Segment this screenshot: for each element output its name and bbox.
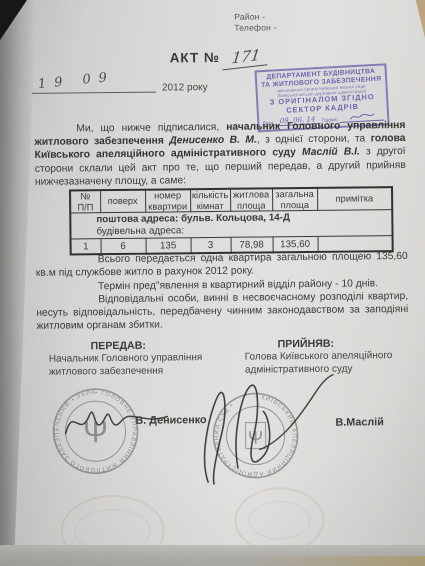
district-label: Район - xyxy=(234,11,276,22)
col-header-note: примітка xyxy=(317,187,392,210)
act-title-label: АКТ № xyxy=(170,50,221,66)
intro-s4: , з однієї сторони, та xyxy=(257,134,371,146)
responsibility-paragraph: Відповідальні особи, винні в несвоєчасно… xyxy=(36,290,408,334)
col-header-rooms: кількість кімнат xyxy=(190,189,230,212)
date-day-month-handwritten: 19 09 xyxy=(37,70,115,92)
address-row: поштова адреса: бульв. Кольцова, 14-Д бу… xyxy=(70,210,392,239)
date-underline xyxy=(32,92,156,94)
accepted-heading: ПРИЙНЯВ: xyxy=(278,338,334,351)
header-block: Район - Телефон - xyxy=(234,11,276,33)
col-total-line2: площа xyxy=(273,199,317,210)
act-number-handwritten: 171 xyxy=(223,45,270,71)
col-rooms-line2: кімнат xyxy=(191,200,230,211)
construction-address-label: будівельна адреса: xyxy=(96,223,389,238)
col-header-total-area: загальна площа xyxy=(272,188,317,211)
col-living-line2: площа xyxy=(231,200,272,211)
intro-paragraph: Ми, що нижче підписалися, начальник Голо… xyxy=(34,119,406,189)
intro-name-1: Денисенко В. М. xyxy=(169,135,257,147)
intro-s1: Ми, що нижче підписалися, xyxy=(76,122,226,135)
apartment-table: № П/П поверх номер квартири кількість кі… xyxy=(69,186,394,256)
col-total-line1: загальна xyxy=(273,189,317,200)
col-living-line1: житлова xyxy=(231,189,272,200)
bleedthrough-seal-right xyxy=(234,487,325,554)
act-title-row: АКТ №171 xyxy=(170,47,269,68)
col-npp-line2: П/П xyxy=(71,202,100,213)
right-signature-icon xyxy=(189,371,350,491)
postal-address-value: бульв. Кольцова, 14-Д xyxy=(181,212,290,224)
col-header-npp: № П/П xyxy=(70,190,100,213)
total-paragraph: Всього передається одна квартира загальн… xyxy=(36,250,408,280)
address-cell: поштова адреса: бульв. Кольцова, 14-Д бу… xyxy=(70,210,392,239)
table-header-row: № П/П поверх номер квартири кількість кі… xyxy=(70,187,392,213)
right-signer-name: В.Маслій xyxy=(335,416,384,429)
act-document: Район - Телефон - АКТ №171 19 09 2012 ро… xyxy=(0,0,425,566)
col-header-floor: поверх xyxy=(100,190,145,213)
transferred-heading: ПЕРЕДАВ: xyxy=(91,340,146,353)
date-handwritten-wrap: 19 09 xyxy=(38,71,115,90)
col-npp-line1: № xyxy=(71,191,100,202)
col-rooms-line1: кількість xyxy=(191,190,230,201)
phone-label: Телефон - xyxy=(234,22,276,33)
postal-address-label: поштова адреса: xyxy=(96,214,178,226)
col-apt-line2: квартири xyxy=(146,201,190,212)
col-note-line1: примітка xyxy=(318,193,392,204)
desk-surface-bottom-right xyxy=(245,556,425,566)
intro-name-2: Маслій В.І. xyxy=(302,147,360,159)
col-header-living-area: житлова площа xyxy=(230,188,272,211)
col-floor-line1: поверх xyxy=(101,196,145,207)
col-apt-line1: номер xyxy=(146,190,190,201)
date-year-label: 2012 року xyxy=(162,82,208,93)
col-header-apt-number: номер квартири xyxy=(145,189,190,212)
document-photo: Район - Телефон - АКТ №171 19 09 2012 ро… xyxy=(0,0,425,566)
